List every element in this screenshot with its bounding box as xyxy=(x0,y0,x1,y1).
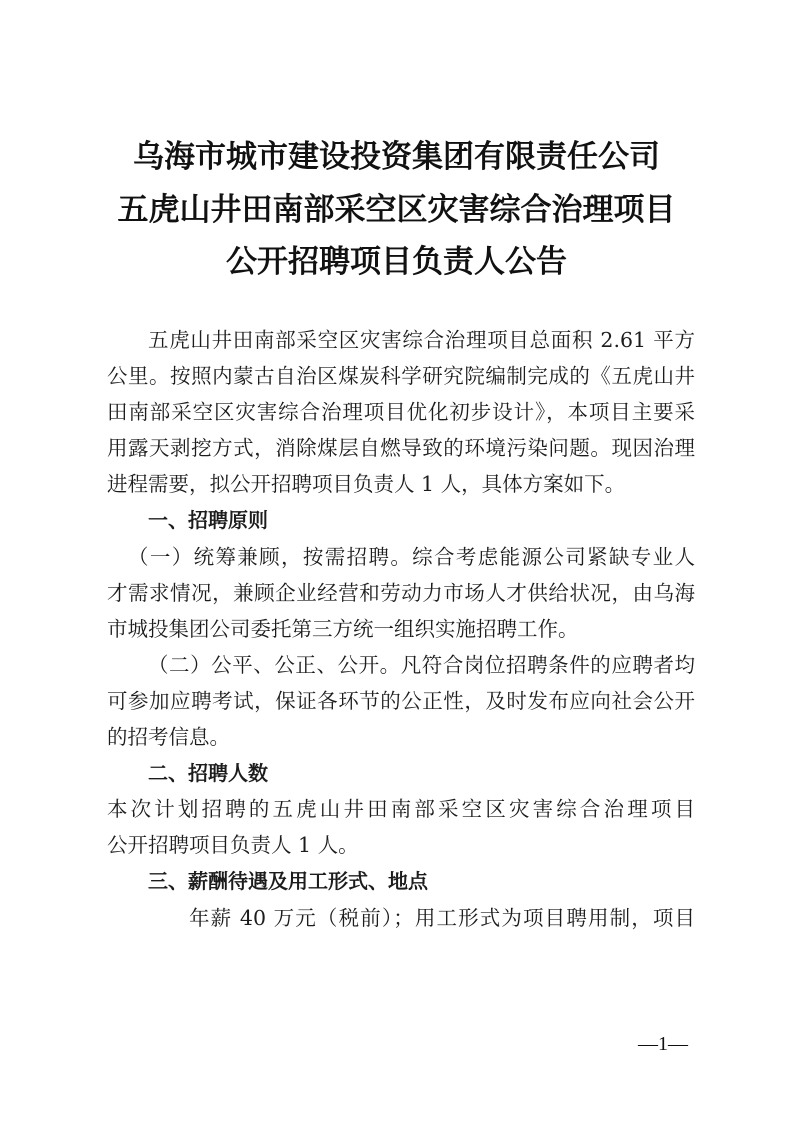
title-line-2: 五虎山井田南部采空区灾害综合治理项目 xyxy=(0,184,793,236)
title-line-3: 公开招聘项目负责人公告 xyxy=(0,236,793,288)
section-heading-compensation: 三、薪酬待遇及用工形式、地点 xyxy=(107,863,695,899)
paragraph-line: 市城投集团公司委托第三方统一组织实施招聘工作。 xyxy=(107,611,695,647)
document-body: 五虎山井田南部采空区灾害综合治理项目总面积 2.61 平方 公里。按照内蒙古自治… xyxy=(107,322,695,936)
headcount-paragraph: 本次计划招聘的五虎山井田南部采空区灾害综合治理项目 公开招聘项目负责人 1 人。 xyxy=(107,791,695,863)
document-page: 乌海市城市建设投资集团有限责任公司 五虎山井田南部采空区灾害综合治理项目 公开招… xyxy=(0,0,793,1122)
section-heading-principles: 一、招聘原则 xyxy=(107,502,695,538)
paragraph-line: 的招考信息。 xyxy=(107,719,695,755)
section-heading-headcount: 二、招聘人数 xyxy=(107,755,695,791)
intro-line: 用露天剥挖方式，消除煤层自燃导致的环境污染问题。现因治理 xyxy=(107,430,695,466)
intro-line: 五虎山井田南部采空区灾害综合治理项目总面积 2.61 平方 xyxy=(107,322,695,358)
intro-line: 进程需要，拟公开招聘项目负责人 1 人，具体方案如下。 xyxy=(107,466,695,502)
principle-1-paragraph: （一）统筹兼顾，按需招聘。综合考虑能源公司紧缺专业人 才需求情况，兼顾企业经营和… xyxy=(107,539,695,647)
paragraph-line: （二）公平、公正、公开。凡符合岗位招聘条件的应聘者均 xyxy=(107,647,695,683)
intro-line: 公里。按照内蒙古自治区煤炭科学研究院编制完成的《五虎山井 xyxy=(107,358,695,394)
paragraph-line: 公开招聘项目负责人 1 人。 xyxy=(107,827,695,863)
paragraph-line: （一）统筹兼顾，按需招聘。综合考虑能源公司紧缺专业人 xyxy=(107,539,695,575)
page-number: —1— xyxy=(638,1033,688,1056)
intro-line: 田南部采空区灾害综合治理项目优化初步设计》，本项目主要采 xyxy=(107,394,695,430)
paragraph-line: 年薪 40 万元（税前）；用工形式为项目聘用制，项目 xyxy=(107,900,695,936)
title-line-1: 乌海市城市建设投资集团有限责任公司 xyxy=(0,131,793,183)
paragraph-line: 才需求情况，兼顾企业经营和劳动力市场人才供给状况，由乌海 xyxy=(107,575,695,611)
paragraph-line: 可参加应聘考试，保证各环节的公正性，及时发布应向社会公开 xyxy=(107,683,695,719)
principle-2-paragraph: （二）公平、公正、公开。凡符合岗位招聘条件的应聘者均 可参加应聘考试，保证各环节… xyxy=(107,647,695,755)
paragraph-line: 本次计划招聘的五虎山井田南部采空区灾害综合治理项目 xyxy=(107,791,695,827)
compensation-paragraph: 年薪 40 万元（税前）；用工形式为项目聘用制，项目 xyxy=(107,900,695,936)
intro-paragraph: 五虎山井田南部采空区灾害综合治理项目总面积 2.61 平方 公里。按照内蒙古自治… xyxy=(107,322,695,502)
